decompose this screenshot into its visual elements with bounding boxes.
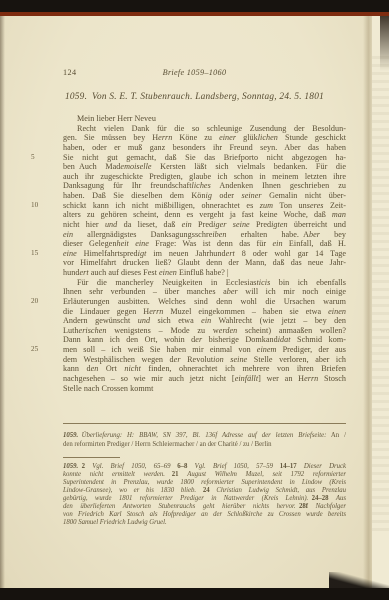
text-segment: kann d	[63, 364, 91, 373]
text-segment: erden	[219, 326, 237, 335]
margin-line-number: 20	[31, 297, 59, 307]
letter-body-line: dem Westphälischen wegen der Revolution …	[63, 355, 346, 365]
text-segment: men soll – ich weiß Sie haben mir einmal…	[63, 345, 257, 354]
text-segment: Stelle verloren, aber ich	[247, 355, 346, 364]
text-segment: dieser Gelegen	[63, 239, 116, 248]
text-segment: Superintendent in Prenzlau, wurde 1800 r…	[63, 479, 346, 486]
letter-body-line: ben Auch Mademoiselle Kersten läßt sich …	[63, 162, 346, 172]
text-segment: Gemalin nicht über-	[262, 191, 346, 200]
page-left-shadow	[0, 16, 5, 588]
scanned-book-page: 124 Briefe 1059–1060 1059. Von S. E. T. …	[0, 0, 389, 600]
text-segment: Wahlrecht (wie jetzt – bey den	[211, 316, 346, 325]
text-segment: die Lindauer gegen H	[63, 307, 149, 316]
text-segment: bisherige Domkand	[202, 335, 278, 344]
text-segment: Zeit-	[323, 201, 346, 210]
text-segment: Luth	[63, 326, 79, 335]
text-segment: Einfluß habe? |	[177, 268, 229, 277]
apparatus-line: Superintendent in Prenzlau, wurde 1800 r…	[63, 479, 346, 487]
text-segment: ein	[273, 239, 283, 248]
text-segment: Stelle nach Crossen kommt	[63, 384, 153, 393]
text-segment: Dieser Druck	[304, 463, 346, 470]
text-segment: vor Himelfahrt drucken ließ? Glaubt denn…	[63, 258, 346, 267]
text-segment: Schmid kom-	[291, 335, 346, 344]
text-segment	[196, 487, 203, 494]
text-segment: Pred	[250, 220, 271, 229]
text-segment: Ort	[98, 364, 124, 373]
text-segment: Ihnen sehr verbunden – über manches a	[63, 287, 227, 296]
letter-body-line: 25men soll – ich weiß Sie haben mir einm…	[63, 345, 346, 355]
text-segment: Revolut	[181, 355, 214, 364]
letter-body-line: haben. Daß Sie dieselben dem König oder …	[63, 191, 346, 201]
text-segment: da lieset, daß	[117, 220, 181, 229]
margin-line-number: 25	[31, 345, 59, 355]
text-segment: Ton un	[273, 201, 307, 210]
text-segment: nicht hier	[63, 220, 105, 229]
text-segment: erischen	[79, 326, 107, 335]
text-segment: 14–17	[280, 463, 304, 470]
apparatus-line: 1059. 2 Vgl. Brief 1050, 65–69 6–8 Vgl. …	[63, 463, 346, 471]
letter-body-line: Andern gewünscht und sich etwa ein Wahlr…	[63, 316, 346, 326]
letter-body-line: Lutherischen wenigstens – Mode zu werden…	[63, 326, 346, 336]
letter-body-line: nachgesehen – so wie mir auch jetzt nich…	[63, 374, 346, 384]
letter-body: Mein lieber Herr NeveuRecht vielen Dank …	[63, 114, 346, 393]
apparatus-line: Lindow-Gransee), wo er bis 1830 blieb. 2…	[63, 487, 346, 495]
text-segment: Nachfolger	[316, 503, 346, 510]
letter-body-line: haben, oder er muß ganz besonders ihr Fr…	[63, 143, 346, 153]
text-segment: iger	[213, 220, 226, 229]
text-segment: Recht vielen Dank für die so schleunige …	[77, 124, 346, 133]
text-segment: finden, ohnerachtet ich mehrere von ihre…	[141, 364, 346, 373]
text-segment: überreicht und	[288, 220, 346, 229]
text-segment: ein	[63, 230, 73, 239]
text-segment: er	[174, 355, 181, 364]
text-segment: sich etwa	[150, 316, 201, 325]
show-through-text	[372, 56, 389, 536]
margin-line-number: 10	[31, 201, 59, 211]
text-segment: einer	[219, 133, 236, 142]
letter-body-line: vor Himelfahrt drucken ließ? Glaubt denn…	[63, 258, 346, 268]
text-segment: hund	[63, 268, 79, 277]
text-segment: Frage: Was ist denn das für	[149, 239, 273, 248]
text-segment: 1059.	[63, 463, 78, 470]
text-segment: Stunde geschickt	[278, 133, 346, 142]
text-segment: oder	[212, 191, 242, 200]
text-segment: einen	[328, 307, 346, 316]
text-segment: Andenken Ihnen geschrieben zu	[211, 181, 346, 190]
letter-body-line: Stelle nach Crossen kommt	[63, 384, 346, 394]
text-segment: haben, oder er muß ganz besonders ihr Fr…	[63, 143, 346, 152]
letter-body-line: ein allergnädigstes Danksagungsschreiben…	[63, 230, 346, 240]
text-segment: An /	[326, 432, 346, 439]
text-segment: von Friedrich Karl Stosch als Hofpredige…	[63, 511, 346, 518]
text-segment: 2	[82, 463, 93, 470]
text-segment: errn	[304, 374, 318, 383]
text-segment: und	[138, 316, 150, 325]
apparatus-line: konnte nicht ermittelt werden. 21 August…	[63, 471, 346, 479]
text-segment: seiner	[241, 191, 261, 200]
text-segment: den reformirten Prediger / Herrn Schleie…	[63, 441, 272, 448]
apparatus-line: den überlieferten Antworten Stubenrauchs…	[63, 503, 346, 511]
text-segment: igten	[271, 220, 288, 229]
apparatus-line: von Friedrich Karl Stosch als Hofpredige…	[63, 511, 346, 519]
apparatus-commentary: 1059. 2 Vgl. Brief 1050, 65–69 6–8 Vgl. …	[63, 463, 346, 527]
text-segment: heit	[116, 239, 128, 248]
text-segment: den überlieferten Antworten Stubenrauchs…	[63, 503, 296, 510]
text-segment: zum	[260, 201, 273, 210]
letter-body-line: hundert auch auf dieses Fest einen Einfl…	[63, 268, 346, 278]
text-segment: Prediger, der aus	[276, 345, 346, 354]
text-segment: Vgl. Brief 1050, 57–59	[195, 463, 273, 470]
text-segment: gebürtig, wurde 1801 reformierter Predig…	[63, 495, 308, 502]
letter-title: 1059. Von S. E. T. Stubenrauch. Landsber…	[20, 92, 369, 102]
text-segment: ert	[79, 268, 88, 277]
text-segment: alters zu gehören scheint, denn es verge…	[63, 210, 332, 219]
text-segment: dem Westphälischen wegen d	[63, 355, 174, 364]
text-segment: ion	[213, 355, 224, 364]
text-segment: 24	[203, 487, 217, 494]
apparatus-line: 1800 Samuel Friedrich Ludwig Gruel.	[63, 519, 346, 527]
text-segment: ert	[226, 249, 235, 258]
text-segment: Lindow-Gransee), wo er bis 1830 blieb.	[63, 487, 196, 494]
letter-body-line: die Lindauer gegen Herrn Muzel eingekomm…	[63, 307, 346, 317]
text-segment: errn	[158, 133, 172, 142]
letter-body-line: kann den Ort nicht finden, ohnerachtet i…	[63, 364, 346, 374]
text-segment: Pred	[192, 220, 213, 229]
letter-body-line: Dann kann ich den Ort, wohin der bisheri…	[63, 335, 346, 345]
text-segment: scheint) anmaaßen wollen?	[237, 326, 346, 335]
text-segment: 8 oder wohl gar 14 Tage	[235, 249, 346, 258]
text-segment: glük	[236, 133, 258, 142]
text-segment: Andern gewünscht	[63, 316, 138, 325]
letter-body-line: auch ihr zugeschickte Predigten, glaube …	[63, 172, 346, 182]
text-segment: ber	[227, 287, 238, 296]
text-segment: ben Auch Mad	[63, 162, 120, 171]
text-segment	[273, 463, 280, 470]
text-segment: 6–8	[177, 463, 194, 470]
text-segment: 24–28	[312, 495, 336, 502]
text-segment: Sie nicht gut gemacht, daß Sie das Brief…	[63, 153, 346, 162]
text-segment: einfällt	[235, 374, 258, 383]
text-segment: konnte nicht ermittelt werden.	[63, 471, 165, 478]
text-segment: nicht	[124, 364, 141, 373]
apparatus-ueberlieferung: 1059. Überlieferung: H: BBAW, SN 397, Bl…	[63, 431, 346, 449]
text-segment: eine	[63, 249, 77, 258]
text-segment: 28f	[299, 503, 316, 510]
text-segment: bey	[320, 230, 346, 239]
text-segment: seine	[230, 355, 247, 364]
facing-page-strip	[372, 16, 389, 588]
apparatus-line: gebürtig, wurde 1801 reformierter Predig…	[63, 495, 346, 503]
letter-body-line: Recht vielen Dank für die so schleunige …	[63, 124, 346, 134]
text-segment: Danksagung für Ihr freundschaft	[63, 181, 192, 190]
text-segment: liches	[192, 181, 211, 190]
text-segment: Christian Ludwig Schmidt, aus Prenzlau	[216, 487, 346, 494]
text-segment: Überlieferung: H: BBAW, SN 397, Bl. 136f…	[82, 432, 327, 439]
margin-line-number: 15	[31, 249, 59, 259]
text-segment: allergnädigstes Danksagungsschre	[73, 230, 212, 239]
text-segment: nachgesehen – so wie mir auch jetzt nich…	[63, 374, 235, 383]
text-segment: Aus	[336, 495, 346, 502]
text-segment: Köne zu	[172, 133, 219, 142]
letter-body-line: 15eine Himelfahrtspredigt im neuen Jahrh…	[63, 249, 346, 259]
text-segment: gen. Sie müssen bey H	[63, 133, 158, 142]
text-segment: will ich mir noch einige	[238, 287, 346, 296]
text-segment: Himelfahrtspred	[77, 249, 138, 258]
letter-body-line: Für die mancherley Neuigkeiten in Eccles…	[63, 278, 346, 288]
text-segment: bin ich ebenfalls	[270, 278, 346, 287]
text-segment: 1800 Samuel Friedrich Ludwig Gruel.	[63, 519, 167, 526]
letter-body-line: 20Erläuterungen ausbitten. Welches sind …	[63, 297, 346, 307]
text-segment: ein	[201, 316, 211, 325]
text-segment: Kersten läßt sich vielmals bedanken. Für…	[152, 162, 346, 171]
letter-body-line: Danksagung für Ihr freundschaftliches An…	[63, 181, 346, 191]
text-segment: wenigstens – Mode zu w	[106, 326, 218, 335]
text-segment: Stosch	[318, 374, 346, 383]
letter-body-line: 5Sie nicht gut gemacht, daß Sie das Brie…	[63, 153, 346, 163]
text-segment: auch auf dieses Fest	[89, 268, 159, 277]
text-segment: lichen	[258, 133, 278, 142]
letter-body-line: nicht hier und da lieset, daß ein Predig…	[63, 220, 346, 230]
text-segment: August Wilhelm Muzel, seit 1792 reformie…	[187, 471, 346, 478]
text-segment: 1059.	[63, 432, 78, 439]
text-segment: haben. Daß Sie dieselben dem Kön	[63, 191, 206, 200]
text-segment: im neuen Jahrhund	[146, 249, 225, 258]
text-segment: Erläuterungen ausbitten. Welches sind de…	[63, 297, 346, 306]
text-segment: Einfall, daß H.	[283, 239, 346, 248]
bottom-black-band	[0, 588, 389, 600]
text-segment: 21	[172, 471, 188, 478]
text-segment: ein	[182, 220, 192, 229]
apparatus-line: den reformirten Prediger / Herrn Schleie…	[63, 440, 346, 449]
letter-body-line: Ihnen sehr verbunden – über manches aber…	[63, 287, 346, 297]
apparatus-line: 1059. Überlieferung: H: BBAW, SN 397, Bl…	[63, 431, 346, 440]
letter-body-line: gen. Sie müssen bey Herrn Köne zu einer …	[63, 133, 346, 143]
margin-line-number: 5	[31, 153, 59, 163]
text-segment: Für die mancherley Neuigkeiten in Eccles…	[77, 278, 256, 287]
text-segment	[165, 471, 172, 478]
text-segment: ticis	[256, 278, 270, 287]
text-segment: man	[332, 210, 346, 219]
letter-body-line: Mein lieber Herr Neveu	[63, 114, 346, 124]
text-segment: seine	[233, 220, 250, 229]
apparatus-short-rule	[63, 457, 120, 458]
text-segment: Vgl. Brief 1050, 65–69	[92, 463, 170, 470]
top-right-page-corner-shadow	[380, 16, 389, 71]
text-segment: schickt kann ich nicht mißbilligen, ohne…	[63, 201, 260, 210]
text-segment: erhalten habe. A	[227, 230, 309, 239]
running-head: Briefe 1059–1060	[0, 68, 389, 77]
text-segment: Dann kann ich den Ort, wohin d	[63, 335, 195, 344]
text-segment: und	[105, 220, 117, 229]
text-segment: seres	[307, 201, 324, 210]
letter-body-line: alters zu gehören scheint, denn es verge…	[63, 210, 346, 220]
text-segment: ber	[309, 230, 320, 239]
text-segment: ] wer an H	[258, 374, 304, 383]
text-segment: emoiselle	[120, 162, 151, 171]
text-segment: errn	[149, 307, 163, 316]
apparatus-divider-rule	[63, 423, 346, 424]
letter-body-line: dieser Gelegenheit eine Frage: Was ist d…	[63, 239, 346, 249]
text-segment: idat	[278, 335, 291, 344]
letter-body-line: 10schickt kann ich nicht mißbilligen, oh…	[63, 201, 346, 211]
text-segment: eine	[135, 239, 149, 248]
text-segment: einem	[257, 345, 277, 354]
text-segment: Mein lieber Herr Neveu	[77, 114, 156, 123]
text-segment: Muzel eingekommen – haben sie etwa	[163, 307, 328, 316]
bottom-right-page-corner-shadow	[329, 572, 389, 588]
text-segment: iben	[212, 230, 226, 239]
text-segment: einen	[159, 268, 177, 277]
page-surface: 124 Briefe 1059–1060 1059. Von S. E. T. …	[0, 16, 389, 588]
text-segment: auch ihr zugeschickte Predigten, glaube …	[63, 172, 346, 181]
